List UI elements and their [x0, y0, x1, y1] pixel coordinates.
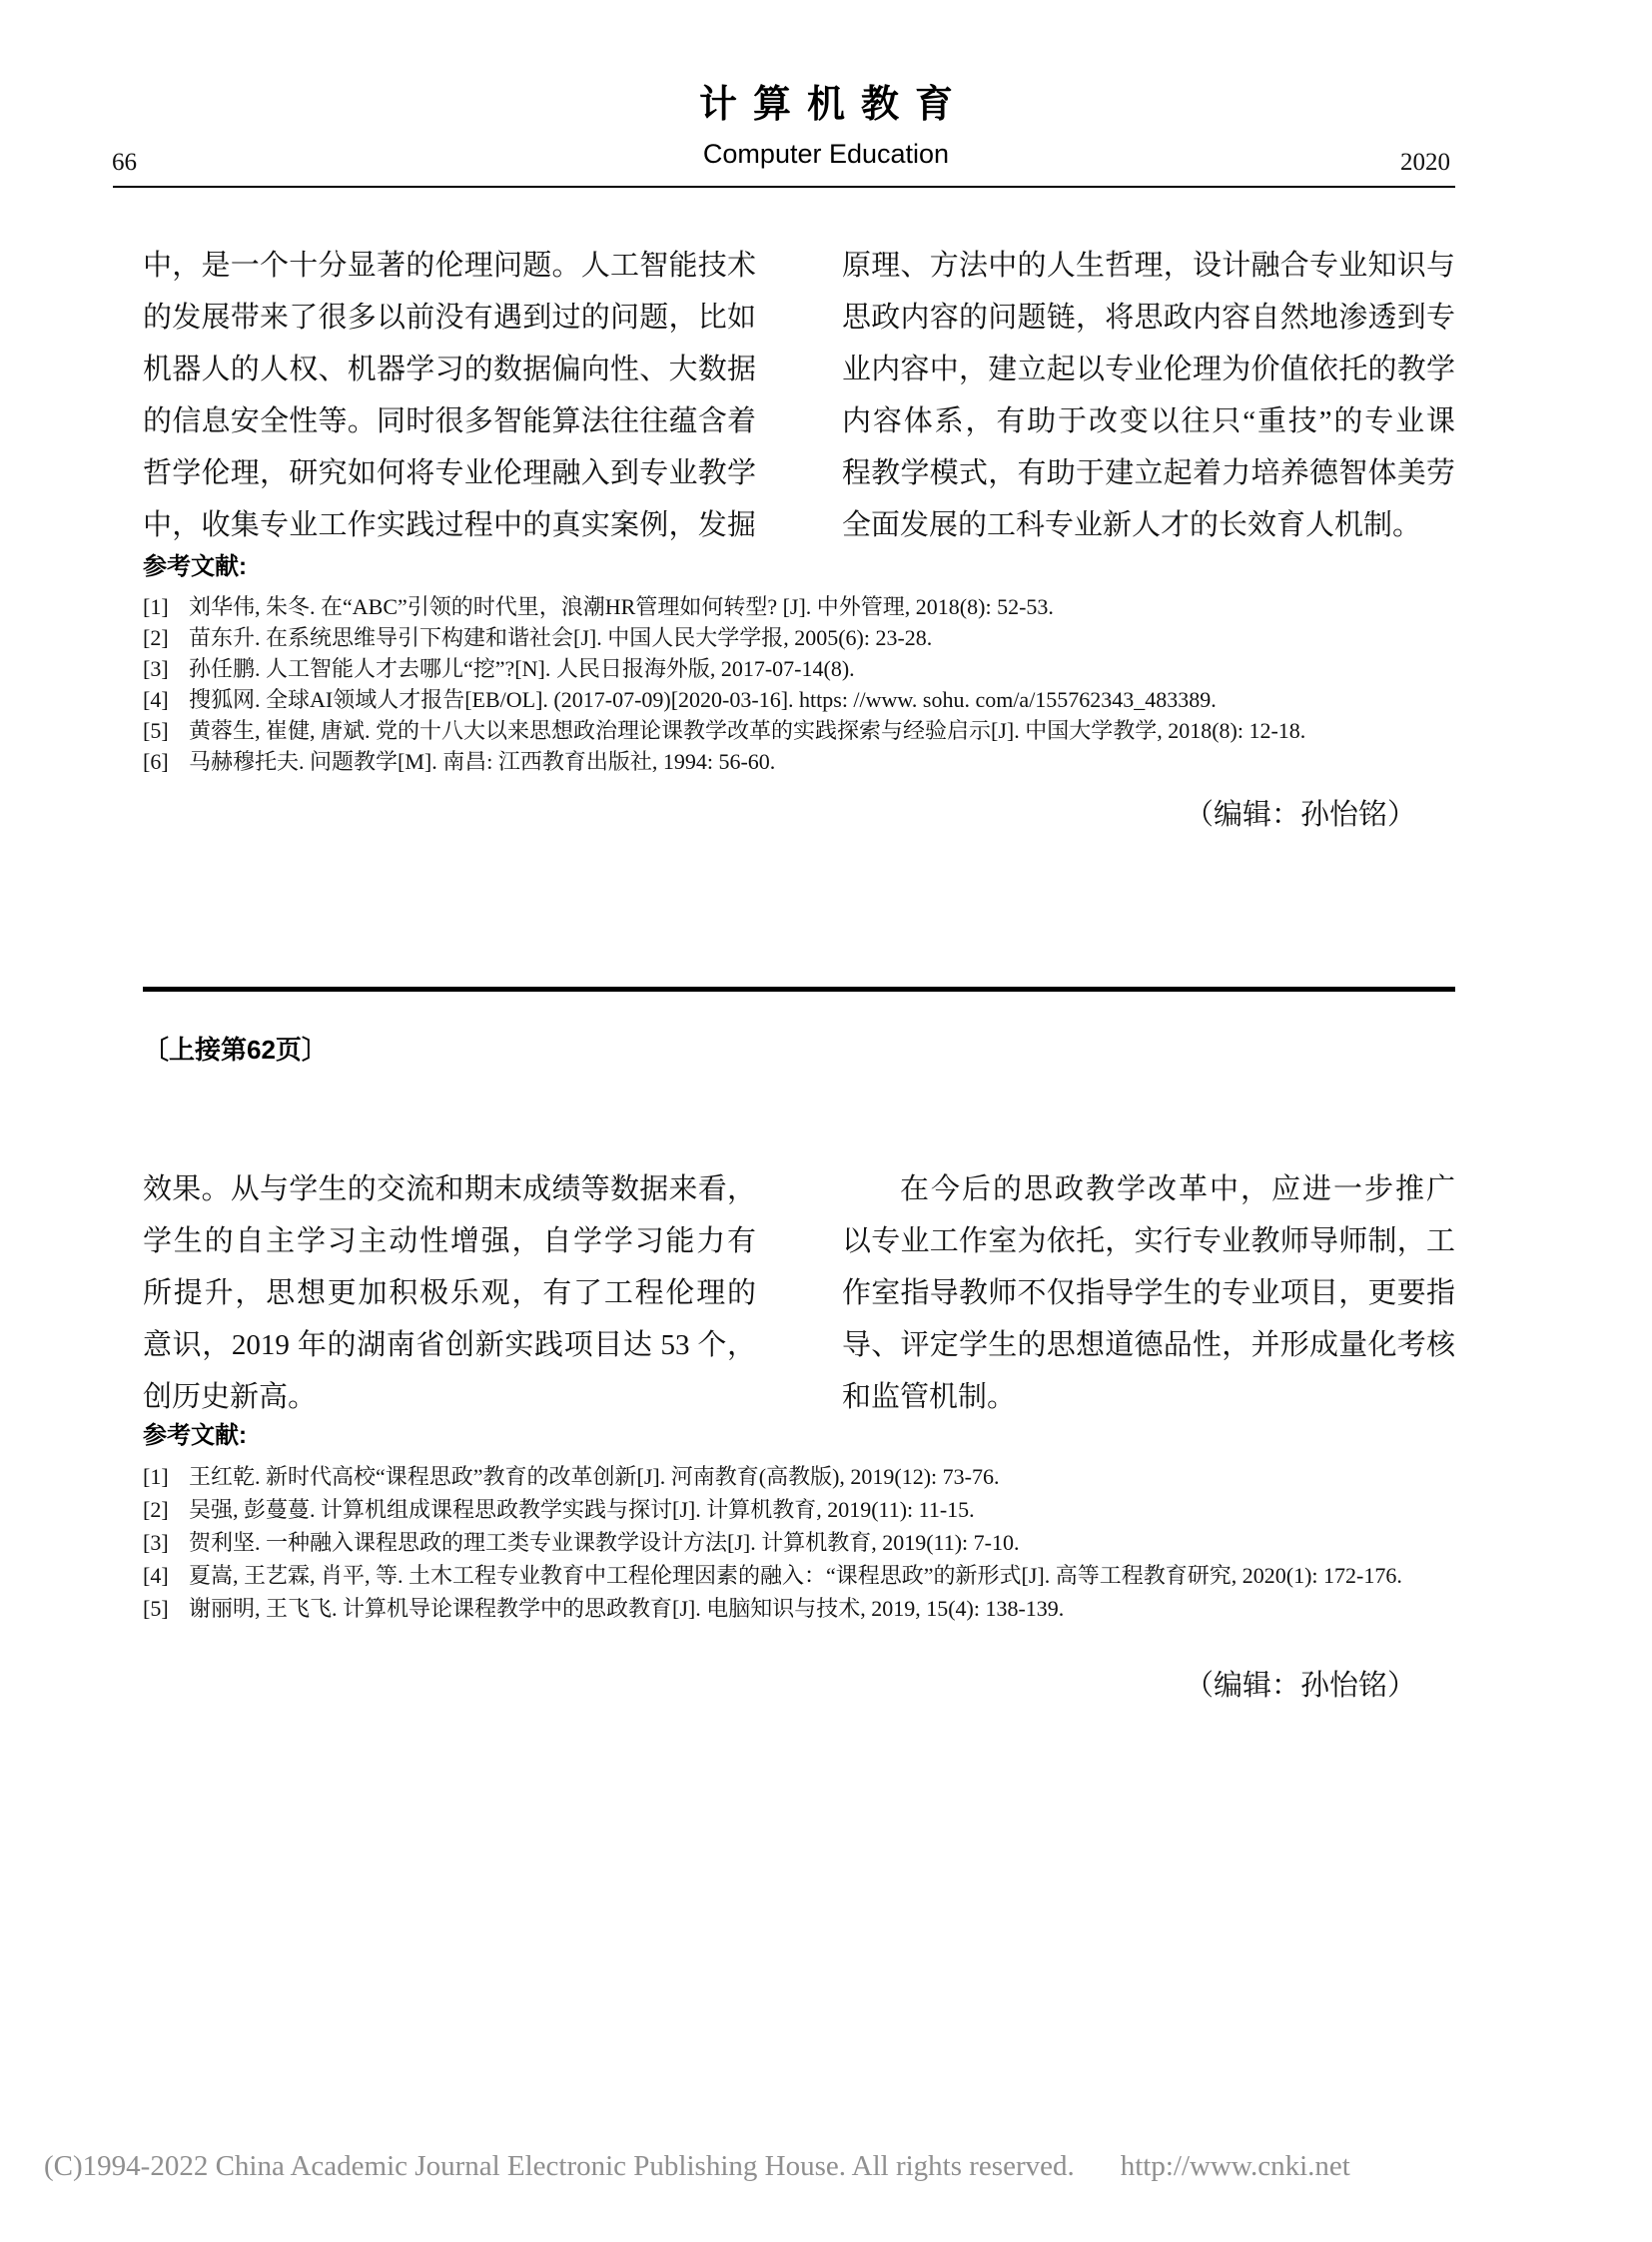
- paragraph-line: 中，是一个十分显著的伦理问题。人工智能技术: [143, 240, 756, 292]
- article-top-right-column: 原理、方法中的人生哲理，设计融合专业知识与 思政内容的问题链，将思政内容自然地渗…: [842, 240, 1455, 551]
- reference-item: [3] 孙任鹏. 人工智能人才去哪儿“挖”?[N]. 人民日报海外版, 2017…: [143, 653, 1455, 684]
- paragraph-line: 的信息安全性等。同时很多智能算法往往蕴含着: [143, 395, 756, 447]
- header-rule: [113, 186, 1455, 188]
- references-heading: 参考文献:: [143, 1424, 247, 1448]
- reference-text: 黄蓉生, 崔健, 唐斌. 党的十八大以来思想政治理论课教学改革的实践探索与经验启…: [189, 715, 1455, 746]
- article-bottom-left-column: 效果。从与学生的交流和期末成绩等数据来看， 学生的自主学习主动性增强，自学学习能…: [143, 1163, 756, 1423]
- editor-note: （编辑：孙怡铭）: [1185, 801, 1416, 830]
- reference-item: [5] 黄蓉生, 崔健, 唐斌. 党的十八大以来思想政治理论课教学改革的实践探索…: [143, 715, 1455, 746]
- reference-item: [4] 夏嵩, 王艺霖, 肖平, 等. 土木工程专业教育中工程伦理因素的融入：“…: [143, 1559, 1455, 1592]
- references-list: [1] 刘华伟, 朱冬. 在“ABC”引领的时代里，浪潮HR管理如何转型? [J…: [143, 591, 1455, 777]
- paragraph-line: 和监管机制。: [842, 1371, 1455, 1423]
- paragraph-line: 原理、方法中的人生哲理，设计融合专业知识与: [842, 240, 1455, 292]
- paragraph-line: 以专业工作室为依托，实行专业教师导师制，工: [842, 1215, 1455, 1267]
- reference-number: [5]: [143, 1592, 189, 1625]
- reference-number: [2]: [143, 1493, 189, 1526]
- reference-item: [4] 搜狐网. 全球AI领域人才报告[EB/OL]. (2017-07-09)…: [143, 684, 1455, 715]
- reference-text: 搜狐网. 全球AI领域人才报告[EB/OL]. (2017-07-09)[202…: [189, 684, 1455, 715]
- reference-number: [2]: [143, 622, 189, 653]
- copyright-footer: (C)1994-2022 China Academic Journal Elec…: [44, 2149, 1350, 2184]
- journal-page: 计算机教育 Computer Education 66 2020 中，是一个十分…: [0, 0, 1652, 2242]
- publication-year: 2020: [1400, 150, 1450, 175]
- paragraph-line: 所提升，思想更加积极乐观，有了工程伦理的: [143, 1267, 756, 1319]
- references-heading: 参考文献:: [143, 555, 247, 579]
- reference-number: [3]: [143, 653, 189, 684]
- paragraph-line: 意识，2019 年的湖南省创新实践项目达 53 个，: [143, 1319, 756, 1371]
- paragraph-line: 机器人的人权、机器学习的数据偏向性、大数据: [143, 344, 756, 395]
- reference-item: [2] 吴强, 彭蔓蔓. 计算机组成课程思政教学实践与探讨[J]. 计算机教育,…: [143, 1493, 1455, 1526]
- reference-item: [3] 贺利坚. 一种融入课程思政的理工类专业课教学设计方法[J]. 计算机教育…: [143, 1526, 1455, 1559]
- reference-item: [2] 苗东升. 在系统思维导引下构建和谐社会[J]. 中国人民大学学报, 20…: [143, 622, 1455, 653]
- reference-item: [5] 谢丽明, 王飞飞. 计算机导论课程教学中的思政教育[J]. 电脑知识与技…: [143, 1592, 1455, 1625]
- editor-note: （编辑：孙怡铭）: [1185, 1672, 1416, 1701]
- paragraph-line: 全面发展的工科专业新人才的长效育人机制。: [842, 499, 1455, 551]
- journal-title-chinese: 计算机教育: [0, 86, 1652, 124]
- reference-text: 夏嵩, 王艺霖, 肖平, 等. 土木工程专业教育中工程伦理因素的融入：“课程思政…: [189, 1559, 1455, 1592]
- paragraph-line: 内容体系，有助于改变以往只“重技”的专业课: [842, 395, 1455, 447]
- paragraph-line: 创历史新高。: [143, 1371, 756, 1423]
- cnki-url: http://www.cnki.net: [1121, 2150, 1350, 2182]
- reference-text: 王红乾. 新时代高校“课程思政”教育的改革创新[J]. 河南教育(高教版), 2…: [189, 1460, 1455, 1493]
- paragraph-line: 作室指导教师不仅指导学生的专业项目，更要指: [842, 1267, 1455, 1319]
- reference-item: [1] 王红乾. 新时代高校“课程思政”教育的改革创新[J]. 河南教育(高教版…: [143, 1460, 1455, 1493]
- reference-text: 刘华伟, 朱冬. 在“ABC”引领的时代里，浪潮HR管理如何转型? [J]. 中…: [189, 591, 1455, 622]
- reference-text: 马赫穆托夫. 问题教学[M]. 南昌: 江西教育出版社, 1994: 56-60…: [189, 746, 1455, 777]
- reference-number: [1]: [143, 591, 189, 622]
- paragraph-line: 思政内容的问题链，将思政内容自然地渗透到专: [842, 292, 1455, 344]
- reference-number: [5]: [143, 715, 189, 746]
- reference-number: [3]: [143, 1526, 189, 1559]
- continued-from-note: 〔上接第62页〕: [143, 1037, 328, 1063]
- reference-number: [4]: [143, 684, 189, 715]
- article-top-left-column: 中，是一个十分显著的伦理问题。人工智能技术 的发展带来了很多以前没有遇到过的问题…: [143, 240, 756, 551]
- reference-item: [1] 刘华伟, 朱冬. 在“ABC”引领的时代里，浪潮HR管理如何转型? [J…: [143, 591, 1455, 622]
- paragraph-line: 效果。从与学生的交流和期末成绩等数据来看，: [143, 1163, 756, 1215]
- reference-number: [6]: [143, 746, 189, 777]
- paragraph-line: 中，收集专业工作实践过程中的真实案例，发掘: [143, 499, 756, 551]
- paragraph-line: 在今后的思政教学改革中，应进一步推广: [842, 1163, 1455, 1215]
- reference-text: 苗东升. 在系统思维导引下构建和谐社会[J]. 中国人民大学学报, 2005(6…: [189, 622, 1455, 653]
- reference-item: [6] 马赫穆托夫. 问题教学[M]. 南昌: 江西教育出版社, 1994: 5…: [143, 746, 1455, 777]
- copyright-text: (C)1994-2022 China Academic Journal Elec…: [44, 2150, 1075, 2182]
- paragraph-line: 程教学模式，有助于建立起着力培养德智体美劳: [842, 447, 1455, 499]
- reference-text: 贺利坚. 一种融入课程思政的理工类专业课教学设计方法[J]. 计算机教育, 20…: [189, 1526, 1455, 1559]
- reference-number: [1]: [143, 1460, 189, 1493]
- paragraph-line: 导、评定学生的思想道德品性，并形成量化考核: [842, 1319, 1455, 1371]
- reference-text: 孙任鹏. 人工智能人才去哪儿“挖”?[N]. 人民日报海外版, 2017-07-…: [189, 653, 1455, 684]
- references-list: [1] 王红乾. 新时代高校“课程思政”教育的改革创新[J]. 河南教育(高教版…: [143, 1460, 1455, 1625]
- article-divider-rule: [143, 987, 1455, 992]
- paragraph-line: 业内容中，建立起以专业伦理为价值依托的教学: [842, 344, 1455, 395]
- reference-text: 吴强, 彭蔓蔓. 计算机组成课程思政教学实践与探讨[J]. 计算机教育, 201…: [189, 1493, 1455, 1526]
- page-number: 66: [112, 150, 137, 175]
- reference-text: 谢丽明, 王飞飞. 计算机导论课程教学中的思政教育[J]. 电脑知识与技术, 2…: [189, 1592, 1455, 1625]
- article-bottom-right-column: 在今后的思政教学改革中，应进一步推广 以专业工作室为依托，实行专业教师导师制，工…: [842, 1163, 1455, 1423]
- paragraph-line: 哲学伦理，研究如何将专业伦理融入到专业教学: [143, 447, 756, 499]
- reference-number: [4]: [143, 1559, 189, 1592]
- paragraph-line: 的发展带来了很多以前没有遇到过的问题，比如: [143, 292, 756, 344]
- paragraph-line: 学生的自主学习主动性增强，自学学习能力有: [143, 1215, 756, 1267]
